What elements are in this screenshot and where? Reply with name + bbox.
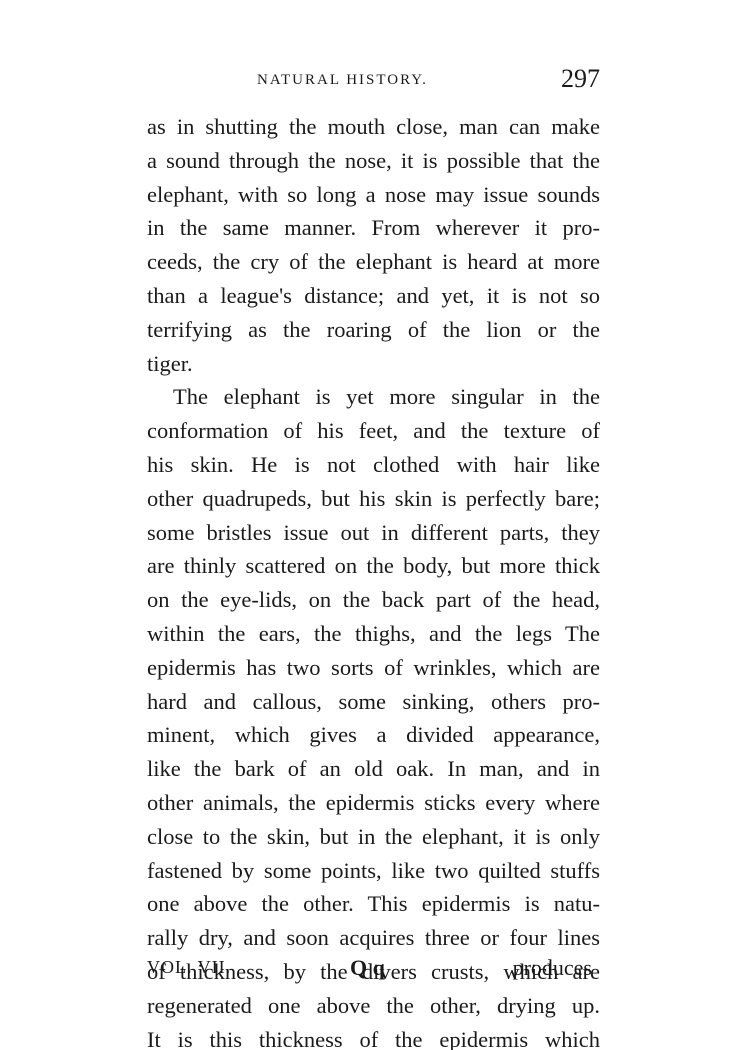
text-line: It is this thickness of the epidermis wh… (147, 1023, 600, 1050)
text-line: hard and callous, some sinking, others p… (147, 685, 600, 719)
text-line: conformation of his feet, and the textur… (147, 414, 600, 448)
text-line: than a league's distance; and yet, it is… (147, 279, 600, 313)
text-line: other animals, the epidermis sticks ever… (147, 786, 600, 820)
text-line: close to the skin, but in the elephant, … (147, 820, 600, 854)
text-line: a sound through the nose, it is possible… (147, 144, 600, 178)
running-title: NATURAL HISTORY. (257, 72, 428, 89)
text-line: on the eye-lids, on the back part of the… (147, 583, 600, 617)
text-line: epidermis has two sorts of wrinkles, whi… (147, 651, 600, 685)
volume-label: VOL. VII. (147, 957, 231, 978)
text-line: one above the other. This epidermis is n… (147, 887, 600, 921)
text-line: his skin. He is not clothed with hair li… (147, 448, 600, 482)
catchword: produces (513, 955, 592, 981)
text-line: rally dry, and soon acquires three or fo… (147, 921, 600, 955)
page-number: 297 (561, 64, 600, 94)
text-line: other quadrupeds, but his skin is perfec… (147, 482, 600, 516)
text-line: terrifying as the roaring of the lion or… (147, 313, 600, 347)
text-line: minent, which gives a divided appearance… (147, 718, 600, 752)
signature-mark: Q q (350, 955, 385, 981)
body-text: as in shutting the mouth close, man can … (147, 110, 600, 1050)
text-line: are thinly scattered on the body, but mo… (147, 549, 600, 583)
page-footer: VOL. VII. Q q produces (147, 955, 600, 989)
text-line: ceeds, the cry of the elephant is heard … (147, 245, 600, 279)
text-line: elephant, with so long a nose may issue … (147, 178, 600, 212)
running-head: NATURAL HISTORY. 297 (147, 64, 600, 98)
paragraph-start-line: The elephant is yet more singular in the (147, 380, 600, 414)
text-line: like the bark of an old oak. In man, and… (147, 752, 600, 786)
text-line: some bristles issue out in different par… (147, 516, 600, 550)
text-line: in the same manner. From wherever it pro… (147, 211, 600, 245)
text-line: fastened by some points, like two quilte… (147, 854, 600, 888)
text-line: as in shutting the mouth close, man can … (147, 110, 600, 144)
book-page: NATURAL HISTORY. 297 as in shutting the … (0, 0, 750, 1050)
text-line: regenerated one above the other, drying … (147, 989, 600, 1023)
text-line: within the ears, the thighs, and the leg… (147, 617, 600, 651)
text-line: tiger. (147, 347, 600, 381)
